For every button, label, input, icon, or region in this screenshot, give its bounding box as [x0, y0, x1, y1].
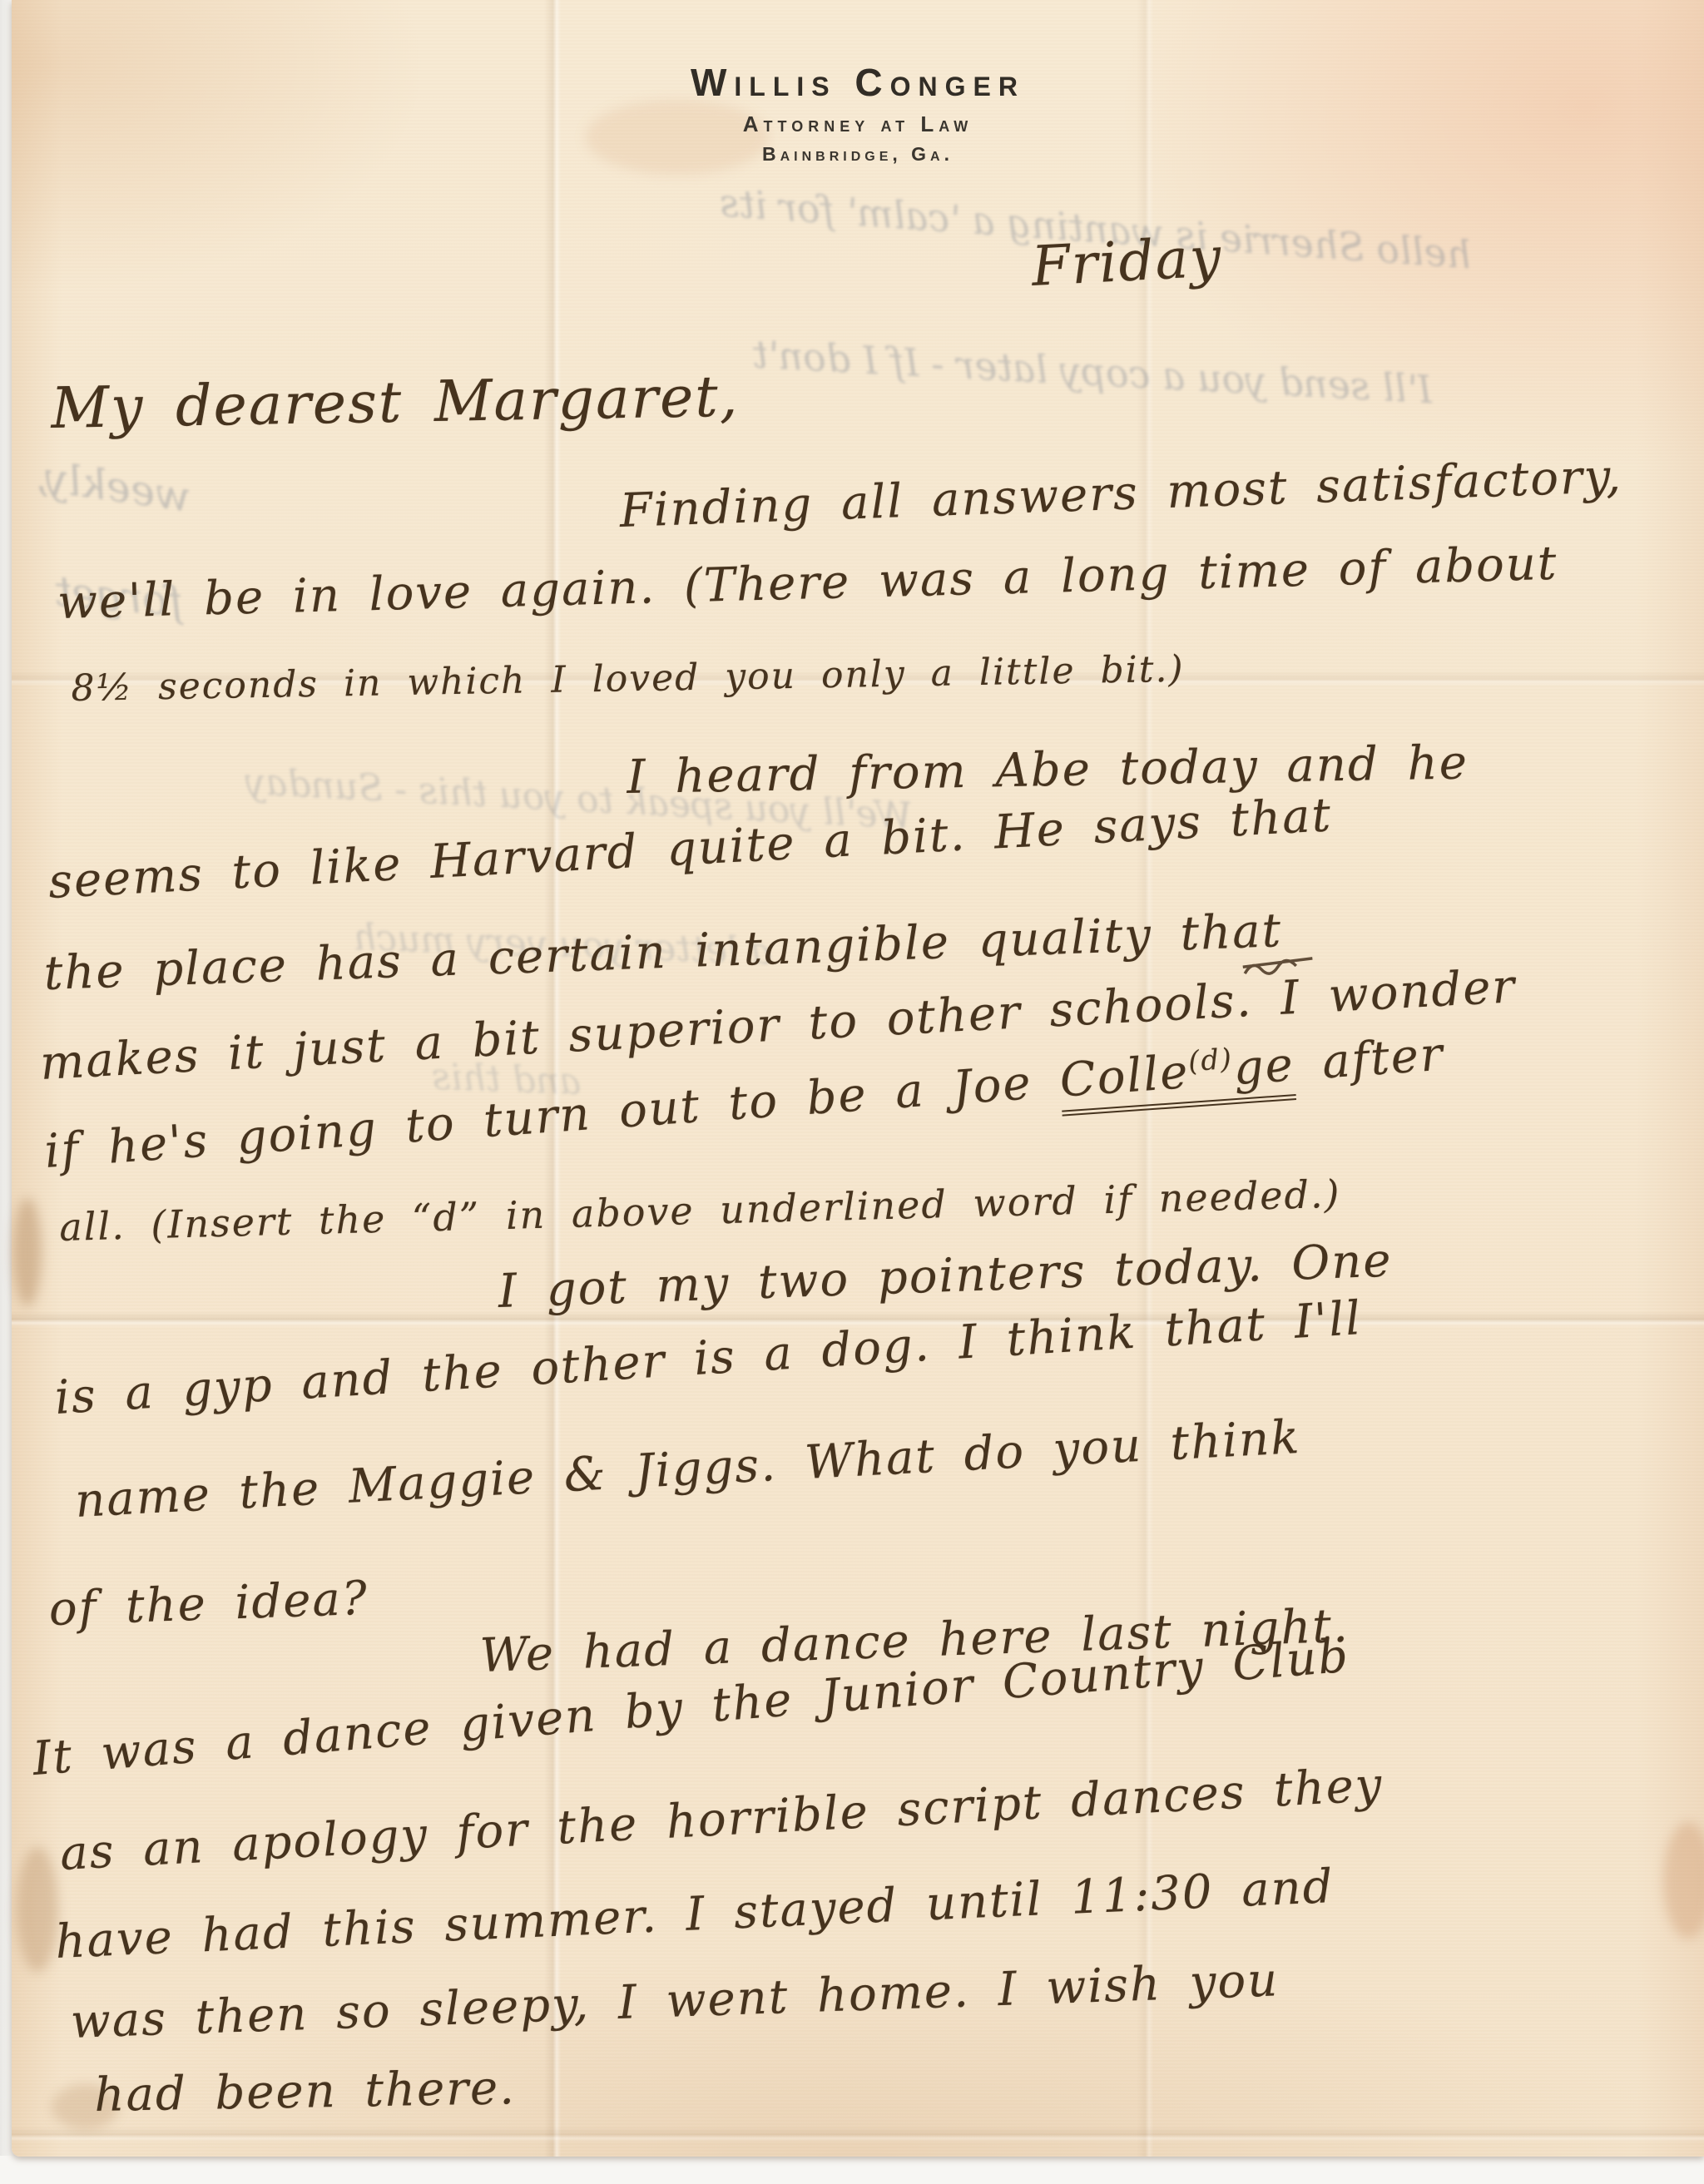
scanner-edge-bottom: [0, 2156, 1704, 2184]
ink-scribble: [1241, 952, 1317, 988]
letter-line: as an apology for the horrible script da…: [59, 1758, 1384, 1881]
letter-paper: Willis Conger Attorney at Law Bainbridge…: [12, 0, 1704, 2157]
letterhead: Willis Conger Attorney at Law Bainbridge…: [12, 60, 1704, 166]
inserted-d-superscript: (d): [1187, 1042, 1234, 1078]
bleedthrough-text: weekly,: [34, 452, 194, 521]
bleedthrough-text: I'll send you a copy later - If I don't: [751, 332, 1434, 413]
letter-line: 8½ seconds in which I loved you only a l…: [71, 648, 1185, 710]
letter-line: Finding all answers most satisfactory,: [619, 449, 1623, 538]
letter-line: had been there.: [94, 2061, 517, 2122]
date-line: Friday: [1030, 225, 1224, 299]
college-line-part2: after: [1292, 1028, 1445, 1092]
letterhead-profession: Attorney at Law: [12, 111, 1704, 137]
age-stain: [1663, 1822, 1704, 1939]
age-stain: [17, 1847, 58, 1972]
letter-line: I heard from Abe today and he: [627, 735, 1469, 805]
letter-line: name the Maggie & Jiggs. What do you thi…: [74, 1410, 1302, 1528]
letter-line: we'll be in love again. (There was a lon…: [57, 537, 1558, 630]
letterhead-location: Bainbridge, Ga.: [12, 143, 1704, 166]
letter-line: was then so sleepy, I went home. I wish …: [70, 1953, 1280, 2049]
age-stain: [13, 1198, 42, 1306]
letterhead-name: Willis Conger: [12, 60, 1704, 105]
letter-line: all. (Insert the “d” in above underlined…: [59, 1171, 1342, 1250]
horizontal-fold-crease-3: [12, 2127, 1704, 2145]
letter-line: of the idea?: [48, 1572, 369, 1637]
salutation: My dearest Margaret,: [51, 364, 740, 442]
letter-line: have had this summer. I stayed until 11:…: [54, 1860, 1335, 1969]
underlined-word: Colle(d)ge: [1058, 1038, 1297, 1117]
